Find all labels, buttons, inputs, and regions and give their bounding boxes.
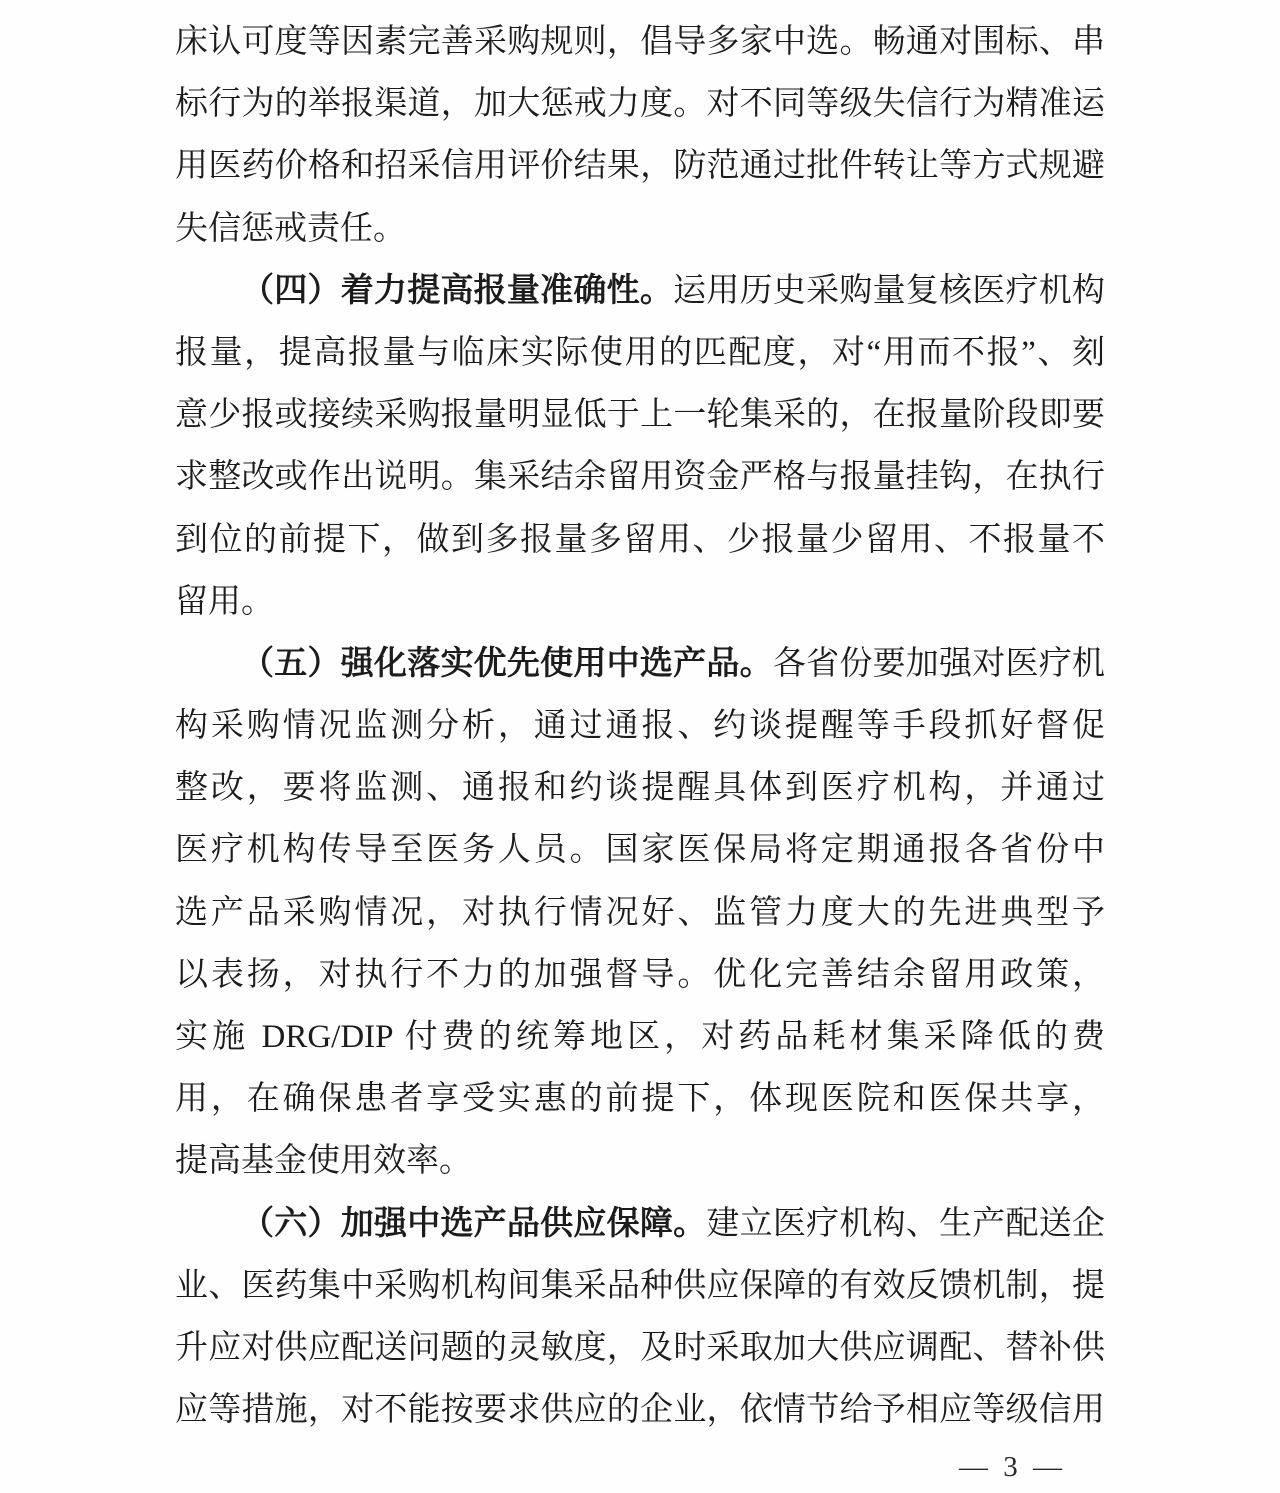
text-line: 实施 DRG/DIP 付费的统筹地区，对药品耗材集采降低的费: [175, 1006, 1105, 1068]
page-number: — 3 —: [945, 1450, 1080, 1484]
line-text: 实施 DRG/DIP 付费的统筹地区，对药品耗材集采降低的费: [175, 1019, 1105, 1055]
text-line: 留用。: [175, 571, 1105, 633]
line-text: 应等措施，对不能按要求供应的企业，依情节给予相应等级信用: [175, 1392, 1105, 1428]
text-line: 用医药价格和招采信用评价结果，防范通过批件转让等方式规避: [175, 135, 1105, 197]
text-line: 标行为的举报渠道，加大惩戒力度。对不同等级失信行为精准运: [175, 73, 1105, 135]
line-text: 业、医药集中采购机构间集采品种供应保障的有效反馈机制，提: [175, 1268, 1105, 1304]
text-line: 应等措施，对不能按要求供应的企业，依情节给予相应等级信用: [175, 1379, 1105, 1441]
text-line: 业、医药集中采购机构间集采品种供应保障的有效反馈机制，提: [175, 1255, 1105, 1317]
text-line: 用，在确保患者享受实惠的前提下，体现医院和医保共享，: [175, 1068, 1105, 1130]
line-text: 各省份要加强对医疗机: [773, 646, 1105, 682]
text-line: 升应对供应配送问题的灵敏度，及时采取加大供应调配、替补供: [175, 1317, 1105, 1379]
text-line: （六）加强中选产品供应保障。建立医疗机构、生产配送企: [175, 1193, 1105, 1255]
line-text: 留用。: [175, 584, 274, 620]
text-line: 构采购情况监测分析，通过通报、约谈提醒等手段抓好督促: [175, 695, 1105, 757]
text-line: 以表扬，对执行不力的加强督导。优化完善结余留用政策，: [175, 944, 1105, 1006]
text-line: 意少报或接续采购报量明显低于上一轮集采的，在报量阶段即要: [175, 384, 1105, 446]
paragraph: （四）着力提高报量准确性。运用历史采购量复核医疗机构报量，提高报量与临床实际使用…: [175, 260, 1105, 633]
paragraph: （五）强化落实优先使用中选产品。各省份要加强对医疗机构采购情况监测分析，通过通报…: [175, 633, 1105, 1193]
text-line: 提高基金使用效率。: [175, 1130, 1105, 1192]
line-text: 用，在确保患者享受实惠的前提下，体现医院和医保共享，: [175, 1081, 1105, 1117]
text-line: 选产品采购情况，对执行情况好、监管力度大的先进典型予: [175, 882, 1105, 944]
document-page: 床认可度等因素完善采购规则，倡导多家中选。畅通对围标、串标行为的举报渠道，加大惩…: [0, 0, 1280, 1493]
text-line: 床认可度等因素完善采购规则，倡导多家中选。畅通对围标、串: [175, 11, 1105, 73]
line-text: 构采购情况监测分析，通过通报、约谈提醒等手段抓好督促: [175, 708, 1105, 744]
line-text: 报量，提高报量与临床实际使用的匹配度，对“用而不报”、刻: [175, 335, 1105, 371]
line-text: 床认可度等因素完善采购规则，倡导多家中选。畅通对围标、串: [175, 24, 1105, 60]
text-line: 报量，提高报量与临床实际使用的匹配度，对“用而不报”、刻: [175, 322, 1105, 384]
text-line: 求整改或作出说明。集采结余留用资金严格与报量挂钩，在执行: [175, 446, 1105, 508]
section-heading: （五）强化落实优先使用中选产品。: [241, 646, 773, 682]
text-line: 到位的前提下，做到多报量多留用、少报量少留用、不报量不: [175, 509, 1105, 571]
line-text: 求整改或作出说明。集采结余留用资金严格与报量挂钩，在执行: [175, 459, 1105, 495]
line-text: 建立医疗机构、生产配送企: [706, 1206, 1105, 1242]
line-text: 意少报或接续采购报量明显低于上一轮集采的，在报量阶段即要: [175, 397, 1105, 433]
line-text: 医疗机构传导至医务人员。国家医保局将定期通报各省份中: [175, 832, 1105, 868]
line-text: 运用历史采购量复核医疗机构: [673, 273, 1105, 309]
line-text: 升应对供应配送问题的灵敏度，及时采取加大供应调配、替补供: [175, 1330, 1105, 1366]
line-text: 标行为的举报渠道，加大惩戒力度。对不同等级失信行为精准运: [175, 86, 1105, 122]
line-text: 整改，要将监测、通报和约谈提醒具体到医疗机构，并通过: [175, 770, 1105, 806]
line-text: 用医药价格和招采信用评价结果，防范通过批件转让等方式规避: [175, 148, 1105, 184]
line-text: 提高基金使用效率。: [175, 1143, 472, 1179]
line-text: 选产品采购情况，对执行情况好、监管力度大的先进典型予: [175, 895, 1105, 931]
text-line: 失信惩戒责任。: [175, 198, 1105, 260]
line-text: 以表扬，对执行不力的加强督导。优化完善结余留用政策，: [175, 957, 1105, 993]
section-heading: （四）着力提高报量准确性。: [241, 273, 673, 309]
paragraph: （六）加强中选产品供应保障。建立医疗机构、生产配送企业、医药集中采购机构间集采品…: [175, 1193, 1105, 1442]
paragraph: 床认可度等因素完善采购规则，倡导多家中选。畅通对围标、串标行为的举报渠道，加大惩…: [175, 11, 1105, 260]
line-text: 到位的前提下，做到多报量多留用、少报量少留用、不报量不: [175, 522, 1105, 558]
line-text: 失信惩戒责任。: [175, 211, 406, 247]
text-line: 医疗机构传导至医务人员。国家医保局将定期通报各省份中: [175, 819, 1105, 881]
text-line: （四）着力提高报量准确性。运用历史采购量复核医疗机构: [175, 260, 1105, 322]
document-body: 床认可度等因素完善采购规则，倡导多家中选。畅通对围标、串标行为的举报渠道，加大惩…: [175, 11, 1105, 1441]
text-line: 整改，要将监测、通报和约谈提醒具体到医疗机构，并通过: [175, 757, 1105, 819]
text-line: （五）强化落实优先使用中选产品。各省份要加强对医疗机: [175, 633, 1105, 695]
section-heading: （六）加强中选产品供应保障。: [241, 1206, 706, 1242]
